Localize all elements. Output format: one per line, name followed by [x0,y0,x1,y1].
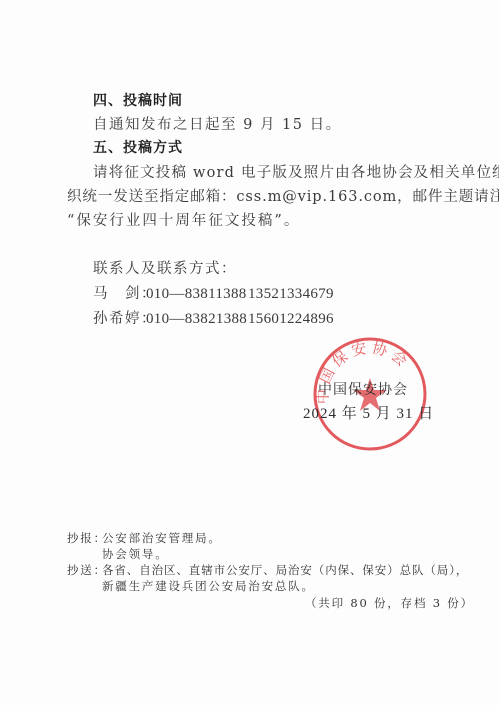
contact-phone: 010—83811388 [146,285,247,303]
signature-date: 2024 年 5 月 31 日 [303,402,434,423]
contact-mobile: 13521334679 [248,285,334,303]
heading-submission-time: 四、投稿时间 [93,92,183,110]
print-note: （共印 80 份，存档 3 份） [305,596,474,611]
contact-mobile: 15601224896 [248,310,334,328]
submission-time-text: 自通知发布之日起至 9 月 15 日。 [93,116,342,134]
heading-submission-method: 五、投稿方式 [93,139,183,157]
method-line-3: “保安行业四十周年征文投稿”。 [67,212,300,230]
method-line-2: 织统一发送至指定邮箱：css.m@vip.163.com，邮件主题请注明 [67,188,499,206]
contact-phone: 010—83821388 [146,310,247,328]
send-line: 新疆生产建设兵团公安局治安总队。 [102,579,315,594]
method-line-1: 请将征文投稿 word 电子版及照片由各地协会及相关单位组 [93,164,499,182]
report-line: 协会领导。 [102,547,169,562]
send-line: 各省、自治区、直辖市公安厅、局治安（内保、保安）总队（局）， [102,563,468,578]
send-label: 抄送： [67,563,107,578]
contacts-title: 联系人及联系方式： [93,260,237,278]
signature-org: 中国保安协会 [318,379,408,399]
report-line: 公安部治安管理局。 [102,531,222,546]
report-label: 抄报： [67,531,107,546]
